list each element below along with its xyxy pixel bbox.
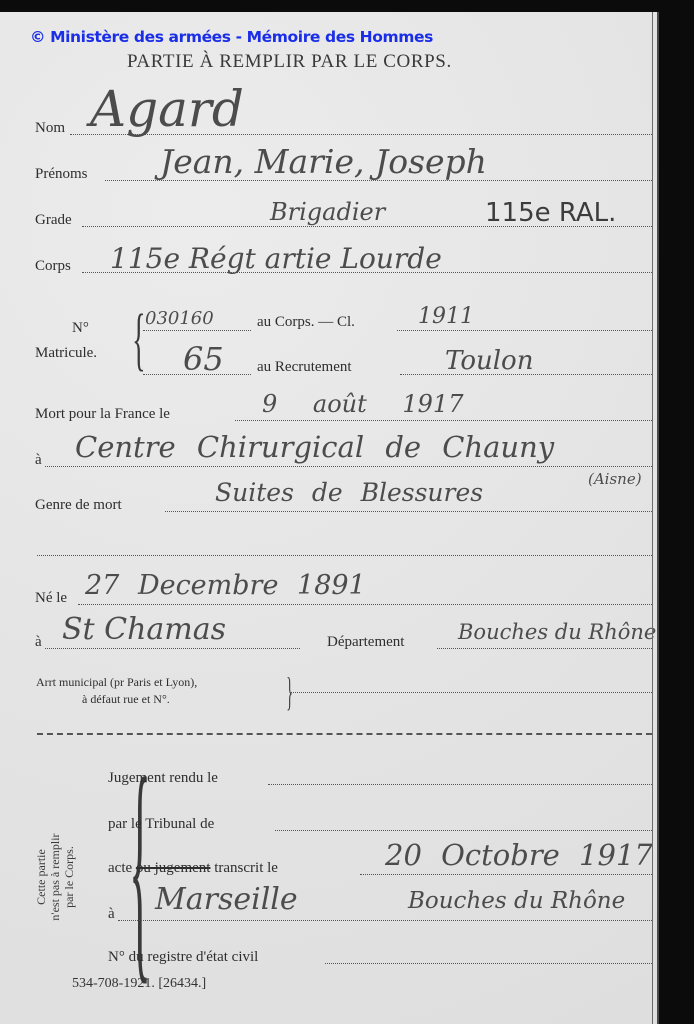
- lieu-mort-value: Centre Chirurgical de Chauny: [75, 430, 554, 464]
- acte-value: 20 Octobre 1917: [385, 838, 653, 872]
- recrutement-place-value: Toulon: [445, 346, 533, 376]
- transcription-lieu-label: à: [108, 906, 115, 923]
- grade-annotation: 115e RAL.: [485, 198, 616, 228]
- registre-line: [325, 963, 652, 964]
- departement-label: Département: [327, 634, 404, 651]
- nom-label: Nom: [35, 120, 65, 137]
- mort-label: Mort pour la France le: [35, 406, 170, 423]
- jugement-rendu-line: [268, 784, 652, 785]
- arrondissement-label-2: à défaut rue et N°.: [82, 692, 170, 707]
- lieu-naissance-label: à: [35, 634, 42, 651]
- corps-number-line: [143, 330, 251, 331]
- form-reference: 534-708-1921. [26434.]: [72, 976, 206, 992]
- matricule-brace: {: [132, 300, 145, 380]
- departement-line: [437, 648, 652, 649]
- corps-number-value: 030160: [145, 308, 214, 329]
- classe-value: 1911: [418, 304, 474, 329]
- side-note-line-2: n'est pas à remplir: [48, 777, 62, 977]
- corps-label: Corps: [35, 258, 71, 275]
- grade-value: Brigadier: [270, 198, 385, 226]
- grade-label: Grade: [35, 212, 72, 229]
- naissance-value: 27 Decembre 1891: [85, 570, 366, 601]
- naissance-label: Né le: [35, 590, 67, 607]
- arrondissement-label-1: Arrt municipal (pr Paris et Lyon),: [36, 675, 197, 690]
- genre-mort-line: [165, 511, 652, 512]
- document-page: © Ministère des armées - Mémoire des Hom…: [0, 12, 659, 1024]
- acte-label-prefix: acte: [108, 860, 132, 876]
- genre-mort-line-2: [37, 555, 652, 556]
- lieu-mort-annotation: (Aisne): [588, 470, 642, 488]
- matricule-label: Matricule.: [35, 345, 97, 362]
- genre-mort-value: Suites de Blessures: [215, 478, 483, 507]
- acte-label: acte ou jugement transcrit le: [108, 860, 278, 877]
- genre-mort-label: Genre de mort: [35, 497, 122, 514]
- copyright-watermark: © Ministère des armées - Mémoire des Hom…: [30, 28, 433, 46]
- mort-value: 9 août 1917: [262, 390, 463, 418]
- prenoms-value: Jean, Marie, Joseph: [160, 142, 487, 181]
- jugement-rendu-label: Jugement rendu le: [108, 770, 218, 787]
- recrutement-label: au Recrutement: [257, 359, 352, 376]
- corps-cl-label: au Corps. — Cl.: [257, 314, 355, 331]
- corps-value: 115e Régt artie Lourde: [110, 242, 442, 275]
- naissance-line: [78, 604, 652, 605]
- nom-value: Agard: [90, 80, 244, 138]
- acte-label-suffix: transcrit le: [214, 860, 278, 876]
- transcription-lieu-line: [118, 920, 652, 921]
- mort-line: [235, 420, 652, 421]
- transcription-lieu-value: Marseille: [155, 882, 298, 917]
- prenoms-label: Prénoms: [35, 166, 88, 183]
- no-label: N°: [72, 320, 89, 337]
- side-note-line-1: Cette partie: [34, 777, 48, 977]
- form-title: PARTIE À REMPLIR PAR LE CORPS.: [127, 51, 567, 73]
- departement-value: Bouches du Rhône: [458, 620, 656, 644]
- lieu-naissance-value: St Chamas: [62, 612, 226, 647]
- acte-label-strike: ou jugement: [136, 860, 211, 876]
- side-note-line-3: par le Corps.: [62, 777, 76, 977]
- acte-line: [360, 874, 652, 875]
- tribunal-line: [275, 830, 652, 831]
- tribunal-label: par le Tribunal de: [108, 816, 214, 833]
- lieu-mort-line: [45, 466, 652, 467]
- classe-line: [397, 330, 652, 331]
- registre-label: N° du registre d'état civil: [108, 949, 258, 966]
- arrondissement-line: [290, 692, 652, 693]
- transcription-departement-value: Bouches du Rhône: [408, 888, 625, 914]
- recrutement-number-value: 65: [183, 340, 224, 378]
- lieu-naissance-line: [45, 648, 300, 649]
- lieu-mort-label: à: [35, 452, 42, 469]
